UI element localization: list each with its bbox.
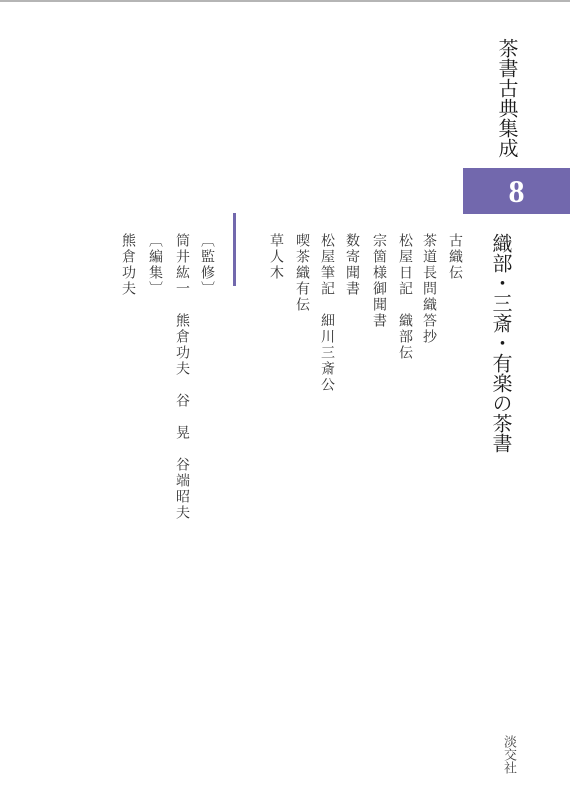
series-title: 茶書古典集成 — [497, 38, 517, 158]
toc-item: 宗箇様御聞書 — [372, 233, 386, 329]
toc-item: 数寄聞書 — [345, 233, 359, 297]
accent-divider — [233, 213, 236, 286]
publisher: 淡交社 — [502, 735, 515, 774]
volume-number: 8 — [509, 175, 525, 207]
toc-item: 松屋日記 織部伝 — [398, 233, 412, 361]
supervision-label: 〔監修〕 — [200, 233, 214, 297]
top-border — [0, 0, 570, 2]
supervisors: 筒井紘一 熊倉功夫 谷 晃 谷端昭夫 — [175, 233, 189, 521]
toc-item: 古織伝 — [448, 233, 462, 281]
toc-item: 松屋筆記 細川三斎公 — [320, 233, 334, 393]
editor: 熊倉功夫 — [121, 233, 135, 297]
toc-item: 茶道長問織答抄 — [422, 233, 436, 345]
toc-item: 草人木 — [269, 233, 283, 281]
editing-label: 〔編集〕 — [148, 233, 162, 297]
toc-item: 喫茶織有伝 — [295, 233, 309, 313]
volume-title: 織部・三斎・有楽の茶書 — [491, 233, 511, 453]
volume-number-badge: 8 — [463, 168, 570, 214]
